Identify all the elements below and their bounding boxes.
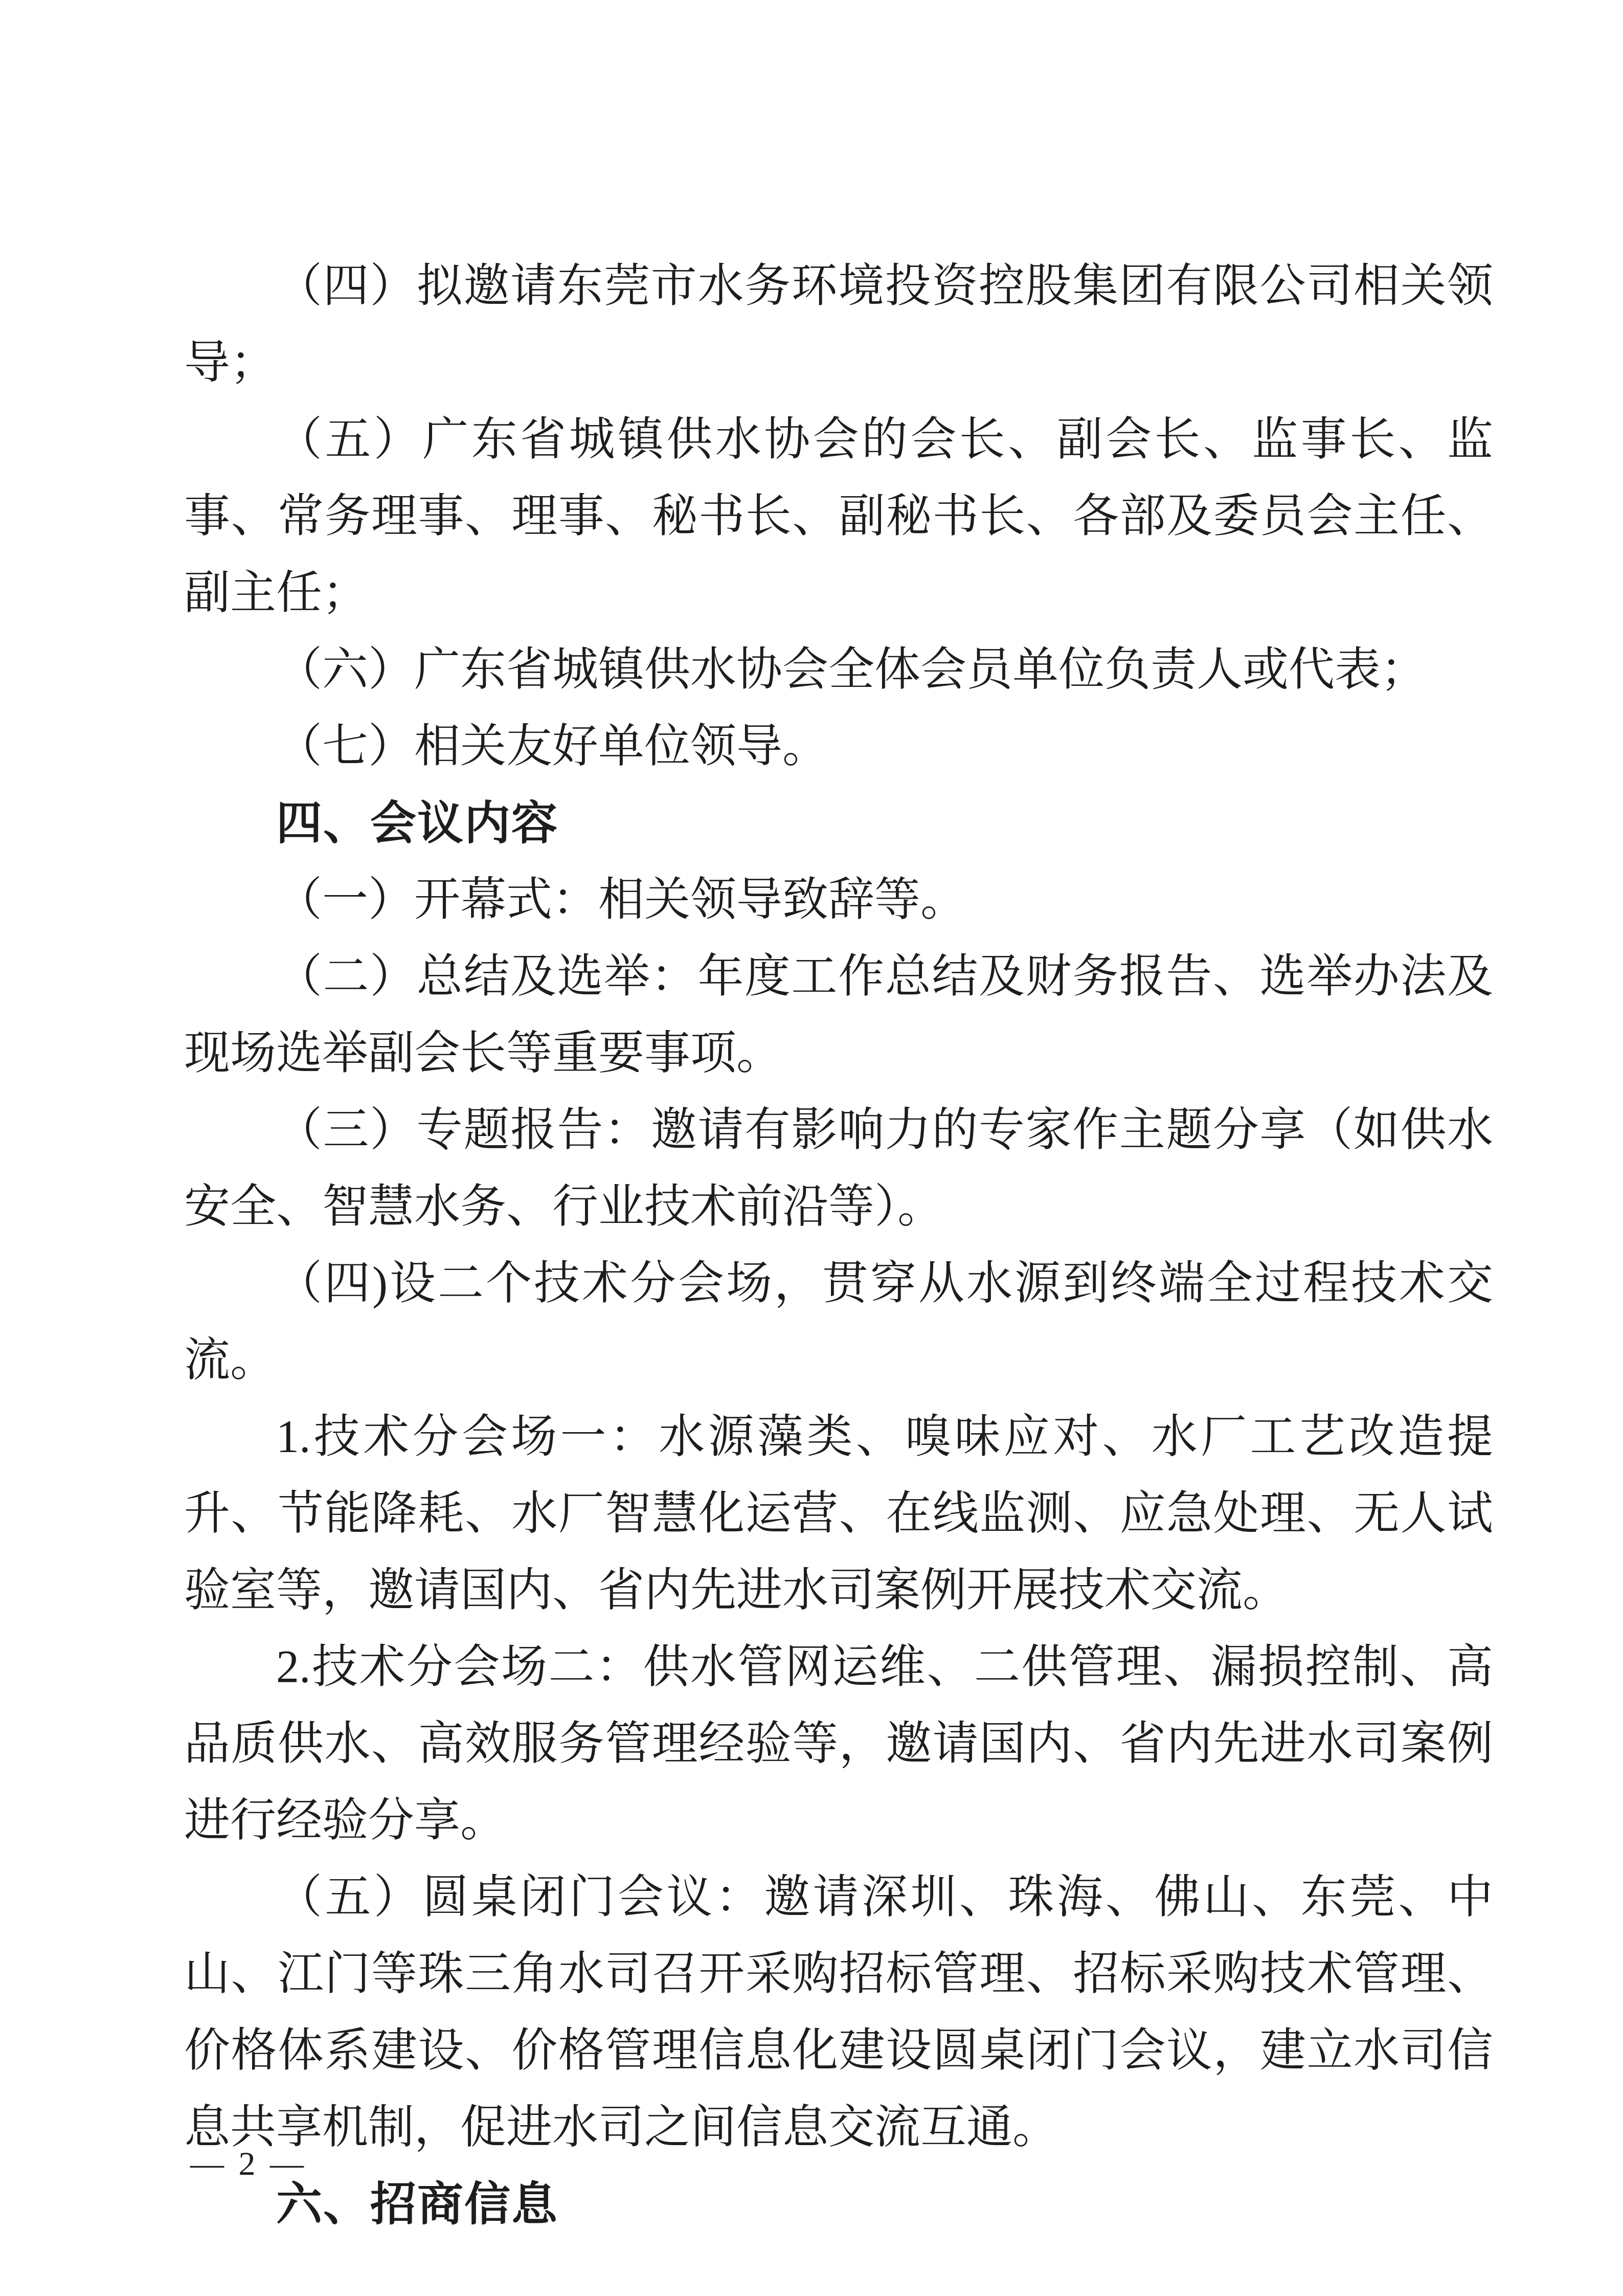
section-heading: 六、招商信息 — [184, 2166, 1493, 2243]
paragraph: （三）专题报告：邀请有影响力的专家作主题分享（如供水安全、智慧水务、行业技术前沿… — [184, 1092, 1493, 1245]
paragraph: （四)设二个技术分会场，贯穿从水源到终端全过程技术交流。 — [184, 1245, 1493, 1399]
document-body: （四）拟邀请东莞市水务环境投资控股集团有限公司相关领导；（五）广东省城镇供水协会… — [184, 248, 1493, 2243]
paragraph: （五）圆桌闭门会议：邀请深圳、珠海、佛山、东莞、中山、江门等珠三角水司召开采购招… — [184, 1859, 1493, 2166]
section-heading: 四、会议内容 — [184, 785, 1493, 862]
document-page: （四）拟邀请东莞市水务环境投资控股集团有限公司相关领导；（五）广东省城镇供水协会… — [0, 0, 1623, 2296]
paragraph: （六）广东省城镇供水协会全体会员单位负责人或代表； — [184, 632, 1493, 708]
paragraph: （五）广东省城镇供水协会的会长、副会长、监事长、监事、常务理事、理事、秘书长、副… — [184, 402, 1493, 632]
paragraph: 2.技术分会场二：供水管网运维、二供管理、漏损控制、高品质供水、高效服务管理经验… — [184, 1629, 1493, 1859]
paragraph: （四）拟邀请东莞市水务环境投资控股集团有限公司相关领导； — [184, 248, 1493, 402]
paragraph: （二）总结及选举：年度工作总结及财务报告、选举办法及现场选举副会长等重要事项。 — [184, 939, 1493, 1092]
paragraph: 1.技术分会场一：水源藻类、嗅味应对、水厂工艺改造提升、节能降耗、水厂智慧化运营… — [184, 1399, 1493, 1629]
paragraph: （一）开幕式：相关领导致辞等。 — [184, 862, 1493, 939]
paragraph: （七）相关友好单位领导。 — [184, 708, 1493, 785]
page-number: — 2 — — [190, 2141, 307, 2187]
